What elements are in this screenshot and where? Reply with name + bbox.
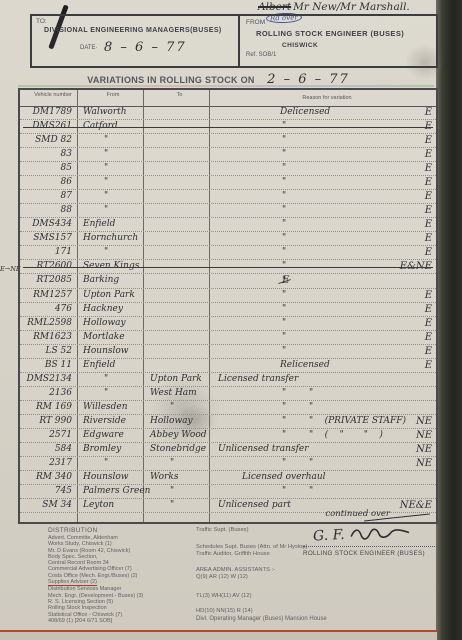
table-cell: RM1257 <box>20 289 78 302</box>
table-cell <box>20 513 78 522</box>
reason-cell: "E <box>210 218 436 231</box>
table-cell: Mortlake <box>78 331 144 344</box>
table-cell: " <box>78 246 144 259</box>
table-row: DMS2134"Upton ParkLicensed transfer <box>20 373 436 387</box>
table-cell: Enfield <box>78 218 144 231</box>
variation-code: E <box>425 317 432 330</box>
table-cell: RT2600 <box>20 260 78 273</box>
table-cell: Hornchurch <box>78 232 144 245</box>
variation-code: E <box>425 190 432 203</box>
distribution-left-items: Advert. Committe, AldenhamWorks Study, C… <box>48 535 198 624</box>
table-row: RML2598Holloway"E <box>20 317 436 331</box>
reason-cell: "E <box>210 345 436 358</box>
table-cell: 2136 <box>20 387 78 400</box>
reason-cell: " "NE <box>210 457 436 470</box>
variation-code: NE&E <box>400 499 432 512</box>
table-cell: " <box>78 204 144 217</box>
reason-cell: "E <box>210 134 436 147</box>
table-row: 2136"West Ham" " <box>20 387 436 401</box>
table-cell: Palmers Green <box>78 485 144 498</box>
table-cell: " <box>78 134 144 147</box>
table-row: 83""E <box>20 148 436 162</box>
table-cell <box>144 106 210 119</box>
table-cell: RM 169 <box>20 401 78 414</box>
variation-code: E <box>425 176 432 189</box>
table-cell: " <box>78 457 144 470</box>
table-cell: Seven Kings <box>78 260 144 273</box>
reason-cell: " " <box>210 387 436 400</box>
variations-table: Vehicle numberFromToReason for variation… <box>18 88 438 524</box>
table-cell: Walworth <box>78 106 144 119</box>
table-row: DM1789WalworthDelicensedE <box>20 106 436 120</box>
form-title: VARIATIONS IN ROLLING STOCK ON <box>87 75 255 85</box>
variation-code: NE <box>416 457 432 470</box>
table-cell <box>144 204 210 217</box>
date-label: DATE· <box>80 45 98 51</box>
table-row: RT 990RiversideHolloway" " (PRIVATE STAF… <box>20 415 436 429</box>
table-row: 584BromleyStonebridgeUnlicensed transfer… <box>20 443 436 457</box>
reason-cell: continued over <box>210 513 436 522</box>
distribution-heading: DISTRIBUTION <box>48 527 198 534</box>
table-cell: " <box>144 485 210 498</box>
signature-script: G. F. <box>313 523 412 544</box>
table-row: RM 340HounslowWorksLicensed overhaul <box>20 471 436 485</box>
distribution-item: 408/69 (1) [204 6/71 SOB] <box>48 618 198 624</box>
distribution-item: Supplies Adviser (2) <box>48 579 198 586</box>
table-cell: Upton Park <box>78 289 144 302</box>
variation-code: NE <box>416 429 432 442</box>
scanned-form: AlbertMr New/Mr Marshall. Rd over TO: DI… <box>0 0 462 640</box>
scan-bottom-strip <box>0 632 437 640</box>
reason-cell: Licensed overhaul <box>210 471 436 484</box>
table-row: 88""E <box>20 204 436 218</box>
reason-cell: "E&NE <box>210 260 436 273</box>
table-cell: RM1623 <box>20 331 78 344</box>
table-row: 745Palmers Green"" " <box>20 485 436 499</box>
to-box: TO: DIVISIONAL ENGINEERING MANAGERS(BUSE… <box>32 16 240 66</box>
table-cell: Holloway <box>144 415 210 428</box>
to-value-stamp: DIVISIONAL ENGINEERING MANAGERS(BUSES) <box>44 27 222 34</box>
table-cell: RT2085 <box>20 274 78 288</box>
table-cell: Leyton <box>78 499 144 512</box>
table-cell: Riverside <box>78 415 144 428</box>
reason-cell: Unlicensed transferNE <box>210 443 436 456</box>
table-cell: Hackney <box>78 303 144 316</box>
table-cell <box>144 162 210 175</box>
table-cell: Stonebridge <box>144 443 210 456</box>
table-cell: DMS261 <box>20 120 78 133</box>
table-cell: Abbey Wood <box>144 429 210 442</box>
table-row: 86""E <box>20 176 436 190</box>
reason-cell: "E <box>210 120 436 133</box>
table-cell: 584 <box>20 443 78 456</box>
table-cell: RM 340 <box>20 471 78 484</box>
table-cell: Willesden <box>78 401 144 414</box>
variation-code: E <box>425 134 432 147</box>
variation-code: E <box>425 303 432 316</box>
signature-block: G. F. ROLLING STOCK ENGINEER (BUSES) <box>303 526 437 557</box>
table-cell: LS 52 <box>20 345 78 358</box>
table-row: BS 11EnfieldRelicensedE <box>20 359 436 373</box>
table-cell: 86 <box>20 176 78 189</box>
table-cell: " <box>144 499 210 512</box>
table-cell <box>144 345 210 358</box>
table-row: DMS434Enfield"E <box>20 218 436 232</box>
table-cell <box>144 289 210 302</box>
table-cell: Edgware <box>78 429 144 442</box>
variation-code: E <box>282 275 289 286</box>
from-location: CHISWICK <box>282 42 318 49</box>
table-cell: " <box>78 190 144 203</box>
table-cell: DMS434 <box>20 218 78 231</box>
crossed-out-name: Albert <box>258 1 291 13</box>
table-cell: 171 <box>20 246 78 259</box>
table-row: 85""E <box>20 162 436 176</box>
table-cell: 87 <box>20 190 78 203</box>
distribution-item: AREA ADMIN. ASSISTANTS :- <box>196 567 356 574</box>
table-cell: " <box>78 387 144 400</box>
table-cell: Hounslow <box>78 345 144 358</box>
routing-names: Mr New/Mr Marshall. <box>293 1 410 13</box>
table-cell <box>144 274 210 288</box>
table-row: 171""E <box>20 246 436 260</box>
variation-code: E <box>425 232 432 245</box>
date-value-handwritten: 8 – 6 – 77 <box>104 40 187 55</box>
table-cell: " <box>144 401 210 414</box>
column-header: From <box>78 90 144 106</box>
reason-cell: Unlicensed partNE&E <box>210 499 436 512</box>
signature-line: G. F. <box>303 526 437 547</box>
reason-cell: "E <box>210 303 436 316</box>
table-cell: Enfield <box>78 359 144 372</box>
table-cell <box>144 303 210 316</box>
table-row: RM 169Willesden"" " <box>20 401 436 415</box>
distribution-item: TL(3) WH(11) AV (12) <box>196 593 356 600</box>
from-box: FROM ROLLING STOCK ENGINEER (BUSES) CHIS… <box>240 16 436 66</box>
variation-code: NE <box>416 443 432 456</box>
table-row: RM1257Upton Park"E <box>20 289 436 303</box>
table-cell <box>144 260 210 273</box>
column-header: Vehicle number <box>20 90 78 106</box>
table-row: SMD 82""E <box>20 134 436 148</box>
column-header: Reason for variation <box>210 90 436 106</box>
table-cell <box>78 513 144 522</box>
table-cell: Catford <box>78 120 144 133</box>
table-cell: 476 <box>20 303 78 316</box>
reason-cell: "E <box>210 289 436 302</box>
reason-cell: "E <box>210 232 436 245</box>
variation-code: E <box>425 120 432 133</box>
table-row: LS 52Hounslow"E <box>20 345 436 359</box>
table-cell: 85 <box>20 162 78 175</box>
table-cell <box>144 246 210 259</box>
reason-cell: RelicensedE <box>210 359 436 372</box>
table-cell: SMD 82 <box>20 134 78 147</box>
table-cell: 2571 <box>20 429 78 442</box>
table-cell: 745 <box>20 485 78 498</box>
table-row: continued over <box>20 513 436 522</box>
variation-code: E <box>425 162 432 175</box>
variation-code: E <box>425 359 432 372</box>
table-cell: RML2598 <box>20 317 78 330</box>
reason-cell: "E <box>210 148 436 161</box>
table-cell <box>144 176 210 189</box>
table-cell <box>144 120 210 133</box>
reason-cell: "E <box>210 274 436 288</box>
reason-cell: "E <box>210 317 436 330</box>
table-body: DM1789WalworthDelicensedEDMS261Catford"E… <box>20 106 436 522</box>
table-row: 2317""" "NE <box>20 457 436 471</box>
signature-flourish <box>349 523 412 542</box>
form-title-row: VARIATIONS IN ROLLING STOCK ON 2 – 6 – 7… <box>0 70 437 88</box>
column-header: To <box>144 90 210 106</box>
variation-code: E <box>425 289 432 302</box>
table-cell: Hounslow <box>78 471 144 484</box>
table-cell: " <box>78 162 144 175</box>
variation-code: E <box>425 106 432 119</box>
reason-cell: Licensed transfer <box>210 373 436 386</box>
table-cell <box>144 134 210 147</box>
reason-cell: "E <box>210 176 436 189</box>
table-cell: 2317 <box>20 457 78 470</box>
table-cell: Bromley <box>78 443 144 456</box>
to-label: TO: <box>36 18 47 25</box>
table-row: SMS157Hornchurch"E <box>20 232 436 246</box>
table-cell <box>144 190 210 203</box>
table-row: RT2085Barking"E <box>20 274 436 289</box>
reason-cell: "E <box>210 204 436 217</box>
table-cell <box>144 232 210 245</box>
table-cell <box>144 331 210 344</box>
signature-initials: G. F. <box>313 527 345 545</box>
variation-code: E <box>425 345 432 358</box>
table-cell: " <box>78 148 144 161</box>
from-label: FROM <box>246 19 265 26</box>
form-title-date-handwritten: 2 – 6 – 77 <box>267 72 350 87</box>
table-cell: RT 990 <box>20 415 78 428</box>
variation-code: NE <box>416 415 432 428</box>
table-cell: BS 11 <box>20 359 78 372</box>
distribution-item: HD(10) NN(15) R (14) <box>196 608 356 615</box>
table-cell: West Ham <box>144 387 210 400</box>
table-cell <box>144 148 210 161</box>
variation-code: E <box>425 218 432 231</box>
reason-cell: DelicensedE <box>210 106 436 119</box>
reason-cell: "E <box>210 331 436 344</box>
table-cell: Upton Park <box>144 373 210 386</box>
handwritten-routing-note: AlbertMr New/Mr Marshall. <box>258 1 438 13</box>
reason-cell: "E <box>210 246 436 259</box>
red-underlined-item: Supplies Adviser (2) <box>48 579 97 586</box>
signature-title-stamp: ROLLING STOCK ENGINEER (BUSES) <box>303 550 437 557</box>
footer-distribution-line: Divl. Operating Manager (Buses) Mansion … <box>196 616 327 622</box>
table-head: Vehicle numberFromToReason for variation <box>20 90 436 107</box>
address-header-box: TO: DIVISIONAL ENGINEERING MANAGERS(BUSE… <box>30 14 438 68</box>
reason-cell: "E <box>210 190 436 203</box>
table-row: 87""E <box>20 190 436 204</box>
table-cell: SMS157 <box>20 232 78 245</box>
reason-cell: " " (PRIVATE STAFF)NE <box>210 415 436 428</box>
reason-cell: " " <box>210 401 436 414</box>
table-cell <box>144 317 210 330</box>
table-row: DMS261Catford"E <box>20 120 436 134</box>
table-cell: " <box>78 176 144 189</box>
table-row: 476Hackney"E <box>20 303 436 317</box>
distribution-item: Q(9) AR (12) W (12) <box>196 574 356 581</box>
reason-cell: "E <box>210 162 436 175</box>
table-cell: SM 34 <box>20 499 78 512</box>
variation-code: E <box>425 246 432 259</box>
table-cell: Works <box>144 471 210 484</box>
table-cell: 83 <box>20 148 78 161</box>
table-row: 2571EdgwareAbbey Wood" " ( " " )NE <box>20 429 436 443</box>
table-cell <box>144 359 210 372</box>
table-cell <box>144 513 210 522</box>
variation-code: E <box>425 331 432 344</box>
table-cell: Holloway <box>78 317 144 330</box>
table-cell: " <box>78 373 144 386</box>
table-cell <box>144 218 210 231</box>
scanner-edge-band <box>436 0 462 640</box>
table-cell: DMS2134 <box>20 373 78 386</box>
table-cell: " <box>144 457 210 470</box>
variation-code: E <box>425 148 432 161</box>
reason-cell: " " ( " " )NE <box>210 429 436 442</box>
table-row: RM1623Mortlake"E <box>20 331 436 345</box>
reason-cell: " " <box>210 485 436 498</box>
variation-code: E&NE <box>400 260 432 273</box>
reference-number: Ref. SOB/1 <box>246 52 276 58</box>
table-row: RT2600Seven Kings"E&NE <box>20 260 436 274</box>
table-cell: 88 <box>20 204 78 217</box>
table-cell: DM1789 <box>20 106 78 119</box>
variation-code: E <box>425 204 432 217</box>
distribution-list-left: DISTRIBUTION Advert. Committe, AldenhamW… <box>48 527 198 624</box>
table-cell: Barking <box>78 274 144 288</box>
from-value-stamp: ROLLING STOCK ENGINEER (BUSES) <box>256 29 404 38</box>
